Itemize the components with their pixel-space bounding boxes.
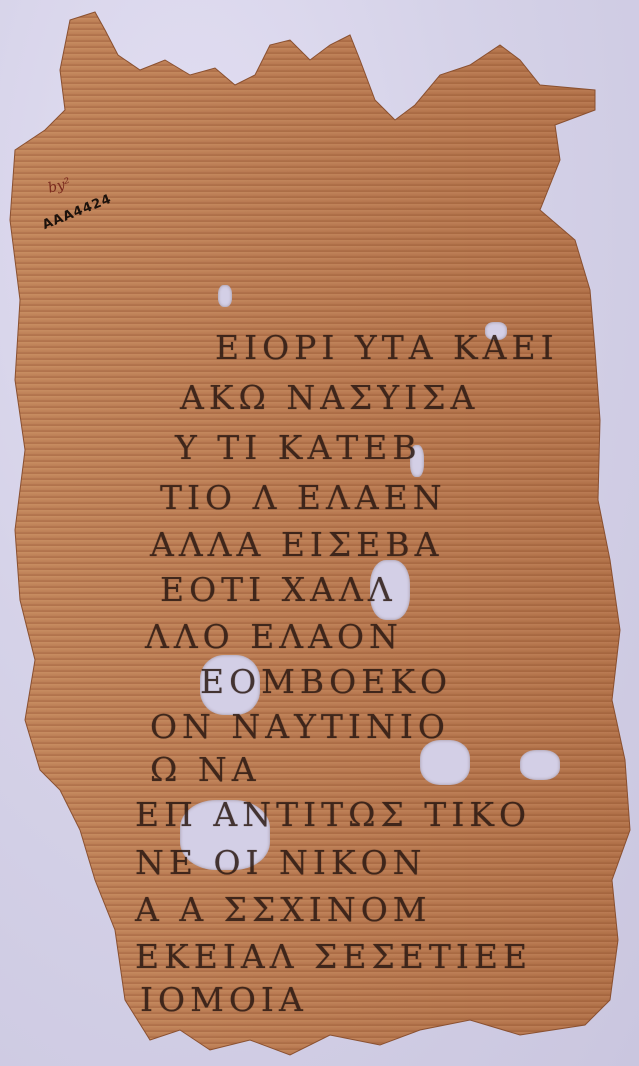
text-line: ΕΟΤΙ ΧΑΛΛ (160, 570, 397, 609)
text-line: Α Α ΣΣΧΙΝΟΜ (135, 890, 432, 929)
text-line: ΕΚΕΙΑΛ ΣΕΣΕΤΙΕΕ (135, 937, 532, 976)
hole (520, 750, 560, 780)
text-line: Ω ΝΑ (150, 750, 261, 789)
text-line: ΟΝ ΝΑΥΤΙΝΙΟ (150, 707, 450, 746)
text-line: ΕΙΟΡΙ ΥΤΑ ΚΑΕΙ (215, 328, 559, 367)
text-line: ΙΟΜΟΙΑ (140, 980, 308, 1019)
text-line: ΑΚΩ ΝΑΣΥΙΣΑ (180, 378, 479, 417)
text-line: ΝΕ ΟΙ ΝΙΚΟΝ (135, 843, 427, 882)
text-line: ΕΟΜΒΟΕΚΟ (200, 662, 452, 701)
text-line: ΑΛΛΑ ΕΙΣΕΒΑ (150, 525, 443, 564)
text-line: ΛΛΟ ΕΛΑΟΝ (145, 617, 403, 656)
text-line: ΤΙΟ Λ ΕΛΑΕΝ (160, 478, 447, 517)
hole (218, 285, 232, 307)
text-line: ΕΠ ΑΝΤΙΤΩΣ ΤΙΚΟ (135, 795, 531, 834)
text-line: Υ ΤΙ ΚΑΤΕΒ (175, 428, 422, 467)
hole (420, 740, 470, 785)
